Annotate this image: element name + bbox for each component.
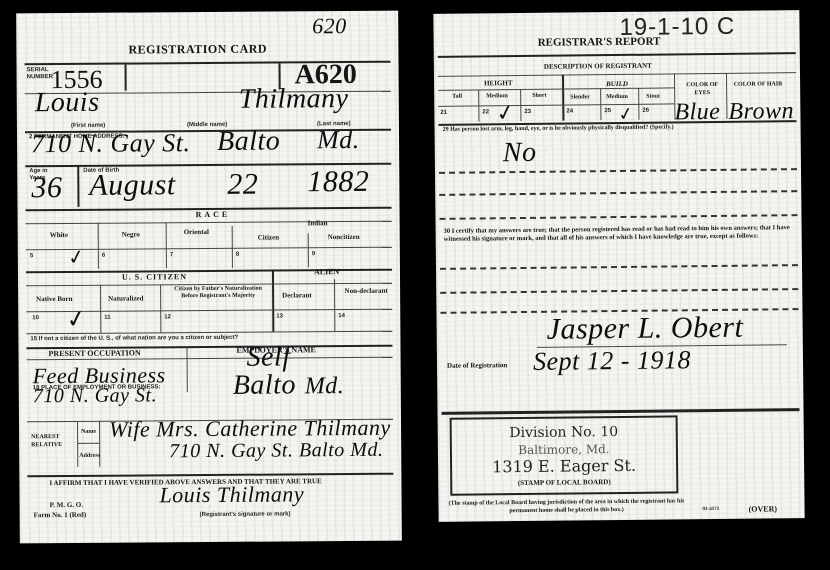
registrars-report-back: 19-1-10 C REGISTRAR'S REPORT DESCRIPTION… (433, 10, 804, 522)
race-oriental-label: Oriental (184, 228, 209, 236)
build-stout-label: Stout (646, 94, 660, 100)
stamp-line-address: 1319 E. Eager St. (452, 455, 676, 476)
registration-card-front: 620 REGISTRATION CARD SERIAL NUMBER 1556… (16, 11, 402, 544)
form-id-line2: Form No. 1 (Red) (34, 511, 87, 519)
height-tall-num: 21 (440, 110, 447, 116)
non-declarant-num: 14 (338, 313, 345, 319)
q15-label: 15 If not a citizen of the U. S., of wha… (30, 335, 238, 342)
race-citizen-num: 8 (236, 252, 239, 258)
q29-answer: No (503, 137, 537, 169)
us-citizen-header: U. S. CITIZEN (122, 272, 187, 281)
build-header: BUILD (606, 80, 628, 88)
height-short-num: 23 (524, 109, 531, 115)
place-of-employment-state: Md. (305, 373, 345, 400)
native-born-label: Native Born (36, 295, 72, 303)
race-white-num: 5 (30, 253, 33, 259)
alien-header: ALIEN (314, 267, 339, 276)
registrar-signature: Jasper L. Obert (546, 311, 743, 347)
native-born-checkmark-icon: ✓ (64, 303, 89, 334)
build-slender-num: 24 (566, 108, 573, 114)
declarant-num: 13 (276, 313, 283, 319)
hair-color-label: COLOR OF HAIR (732, 80, 784, 89)
form-code: 93-4171 (703, 507, 720, 512)
over-label: (OVER) (749, 504, 778, 513)
stamp-line-division: Division No. 10 (452, 423, 676, 441)
nearest-relative-label: NEAREST RELATIVE (31, 433, 71, 449)
stamp-note: (The stamp of the Local Board having jur… (446, 497, 686, 516)
height-tall-label: Tall (452, 94, 462, 100)
relative-address-value: 710 N. Gay St. Balto Md. (169, 439, 383, 463)
home-address-state: Md. (317, 125, 360, 155)
dob-month: August (89, 168, 176, 203)
signature-label: (Registrant's signature or mark) (200, 511, 291, 518)
form-id-line1: P. M. G. O. (50, 501, 83, 509)
place-of-employment-street: 710 N. Gay St. (33, 384, 157, 408)
date-of-registration-label: Date of Registration (447, 361, 507, 370)
top-margin-note: 620 (312, 13, 347, 39)
naturalized-num: 11 (104, 315, 110, 321)
height-header: HEIGHT (484, 79, 512, 87)
first-name: Louis (35, 87, 100, 119)
race-oriental-num: 7 (170, 252, 173, 258)
serial-number-label: SERIAL NUMBER (27, 67, 49, 81)
relative-address-label: Address (79, 453, 100, 459)
build-slender-label: Slender (570, 94, 590, 100)
q30-certification-text: 30 I certify that my answers are true; t… (444, 224, 792, 244)
build-medium-label: Medium (606, 94, 628, 100)
local-board-stamp-box: Division No. 10 Baltimore, Md. 1319 E. E… (450, 415, 679, 495)
race-white-label: White (50, 231, 68, 239)
date-of-registration-value: Sept 12 - 1918 (533, 345, 691, 377)
dob-day: 22 (227, 168, 258, 202)
home-address-city: Balto (217, 125, 280, 157)
father-naturalization-label: Citizen by Father's Naturalization Befor… (168, 286, 268, 301)
race-noncitizen-label: Noncitizen (328, 233, 360, 241)
dob-year: 1882 (307, 165, 369, 199)
age-value: 36 (31, 171, 62, 205)
naturalized-label: Naturalized (108, 294, 143, 302)
race-negro-label: Negro (122, 230, 140, 238)
registrant-signature: Louis Thilmany (159, 481, 304, 508)
height-medium-label: Medium (486, 93, 508, 99)
non-declarant-label: Non-declarant (342, 287, 390, 295)
last-name: Thilmany (239, 83, 349, 116)
build-stout-num: 26 (642, 108, 649, 114)
race-header: RACE (196, 210, 231, 219)
description-header: DESCRIPTION OF REGISTRANT (544, 62, 652, 71)
race-white-checkmark-icon: ✓ (66, 244, 87, 271)
eye-color-label: COLOR OF EYES (680, 81, 724, 97)
occupation-label: PRESENT OCCUPATION (48, 348, 140, 358)
card-title: REGISTRATION CARD (128, 42, 267, 58)
height-short-label: Short (532, 93, 546, 99)
home-address-street: 710 N. Gay St. (31, 128, 191, 159)
report-title: REGISTRAR'S REPORT (538, 36, 661, 49)
father-naturalization-num: 12 (164, 314, 171, 320)
race-noncitizen-num: 9 (312, 251, 315, 257)
declarant-label: Declarant (282, 291, 312, 299)
relative-name-label: Name (81, 429, 96, 435)
place-of-employment-city: Balto (233, 369, 296, 401)
height-medium-num: 22 (482, 109, 489, 115)
race-indian-label: Indian (308, 219, 328, 227)
build-medium-num: 25 (604, 108, 611, 114)
race-negro-num: 6 (102, 253, 105, 259)
stamp-caption: (STAMP OF LOCAL BOARD) (452, 477, 676, 487)
race-citizen-label: Citizen (258, 234, 279, 242)
native-born-num: 10 (32, 315, 39, 321)
